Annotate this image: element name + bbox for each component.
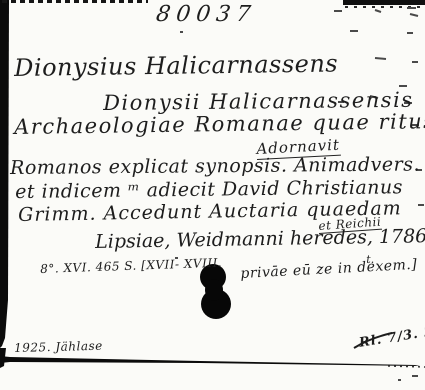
signature-flourish-stroke (354, 333, 392, 348)
catalog-card-scan: 80037 Dionysius Halicarnassens Dionysii … (0, 0, 425, 390)
signature-flourish-layer (0, 0, 425, 390)
